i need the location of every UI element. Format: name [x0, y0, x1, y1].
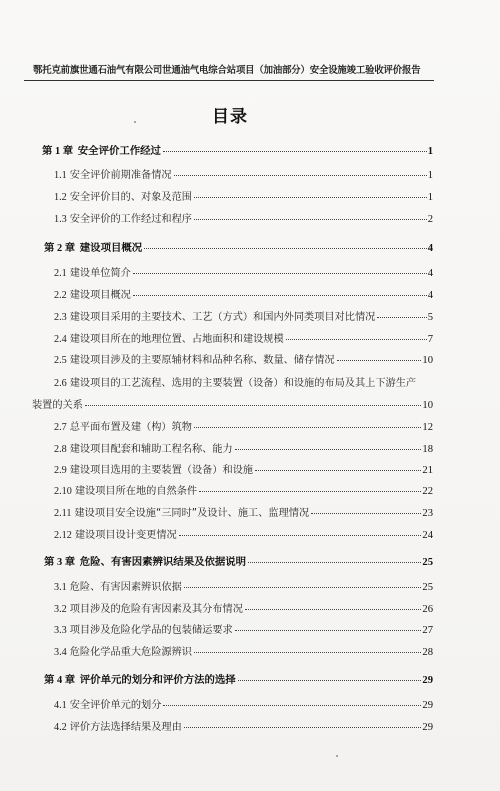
toc-entry-label: 1.1安全评价前期准备情况	[54, 168, 172, 184]
toc-entry-title: 建设项目的工艺流程、选用的主要装置（设备）和设施的布局及其上下游生产	[70, 378, 416, 389]
toc-entry-2-10[interactable]: 2.10建设项目所在地的自然条件 22	[54, 484, 433, 500]
toc-entry-title: 建设项目选用的主要装置（设备）和设施	[70, 465, 253, 476]
toc-entry-page: 18	[422, 442, 433, 458]
running-header: 鄂托克前旗世通石油气有限公司世通油气电综合站项目（加油部分）安全设施竣工验收评价…	[33, 62, 433, 76]
toc-entry-3-1[interactable]: 3.1危险、有害因素辨识依据 25	[54, 580, 433, 596]
dot-leader	[163, 151, 427, 152]
toc-entry-label: 2.4建设项目所在的地理位置、占地面积和建设规模	[54, 332, 284, 348]
toc-entry-title-continued: 装置的关系	[32, 398, 83, 414]
toc-entry-page: 4	[428, 266, 433, 282]
toc-entry-number: 3.3	[54, 625, 67, 636]
toc-entry-2-9[interactable]: 2.9建设项目选用的主要装置（设备）和设施 21	[54, 463, 433, 479]
toc-entry-number: 2.2	[54, 290, 67, 301]
toc-entry-page: 10	[422, 398, 433, 414]
dot-leader	[311, 513, 421, 514]
toc-entry-title: 建设项目设计变更情况	[75, 530, 177, 541]
toc-entry-2-5[interactable]: 2.5建设项目涉及的主要原辅材料和品种名称、数量、储存情况 10	[54, 353, 433, 369]
dot-leader	[194, 652, 421, 653]
toc-entry-number: 2.3	[54, 312, 67, 323]
toc-entry-3-2[interactable]: 3.2项目涉及的危险有害因素及其分布情况 26	[54, 602, 433, 618]
toc-entry-title: 危险、有害因素辨识依据	[70, 582, 182, 593]
toc-entry-page: 4	[428, 288, 433, 304]
toc-entry-label: 2.11建设项目安全设施“三同时”及设计、施工、监理情况	[54, 506, 309, 522]
toc-entry-label: 3.4危险化学品重大危险源辨识	[54, 645, 192, 661]
toc-entry-1-2[interactable]: 1.2安全评价目的、对象及范围 1	[54, 190, 433, 206]
toc-entry-number: 第 3 章	[44, 557, 75, 568]
toc-entry-title: 安全评价工作经过	[78, 145, 161, 157]
toc-entry-chapter-2[interactable]: 第 2 章 建设项目概况 4	[44, 240, 433, 256]
dot-leader	[174, 175, 427, 176]
dot-leader	[184, 587, 422, 588]
toc-entry-page: 1	[428, 168, 433, 184]
toc-entry-number: 2.10	[54, 486, 72, 497]
toc-entry-number: 4.1	[54, 700, 67, 711]
dot-leader	[144, 248, 427, 249]
toc-entry-number: 2.4	[54, 334, 67, 345]
toc-entry-title: 建设项目概况	[70, 290, 131, 301]
toc-entry-title: 建设项目配套和辅助工程名称、能力	[70, 444, 233, 455]
dot-leader	[245, 609, 421, 610]
toc-entry-2-6-continued[interactable]: 装置的关系 10	[32, 398, 433, 414]
dot-leader	[194, 219, 427, 220]
toc-entry-page: 22	[422, 484, 433, 500]
toc-entry-page: 23	[422, 506, 433, 522]
toc-entry-4-2[interactable]: 4.2评价方法选择结果及理由 29	[54, 720, 433, 736]
toc-entry-3-4[interactable]: 3.4危险化学品重大危险源辨识 28	[54, 645, 433, 661]
toc-entry-2-6[interactable]: 2.6建设项目的工艺流程、选用的主要装置（设备）和设施的布局及其上下游生产	[54, 376, 436, 392]
toc-entry-label: 2.8建设项目配套和辅助工程名称、能力	[54, 442, 233, 458]
toc-entry-title: 总平面布置及建（构）筑物	[70, 422, 192, 433]
toc-entry-page: 26	[422, 602, 433, 618]
toc-entry-chapter-4[interactable]: 第 4 章 评价单元的划分和评价方法的选择 29	[44, 672, 433, 688]
toc-entry-label: 第 4 章 评价单元的划分和评价方法的选择	[44, 672, 236, 689]
document-page: 鄂托克前旗世通石油气有限公司世通油气电综合站项目（加油部分）安全设施竣工验收评价…	[0, 0, 500, 791]
toc-entry-page: 2	[428, 212, 433, 228]
toc-entry-page: 29	[422, 698, 433, 714]
toc-entry-label: 2.7总平面布置及建（构）筑物	[54, 420, 192, 436]
toc-entry-label: 3.1危险、有害因素辨识依据	[54, 580, 182, 596]
toc-entry-number: 第 1 章	[42, 146, 73, 157]
toc-entry-2-1[interactable]: 2.1建设单位简介 4	[54, 266, 433, 282]
toc-entry-4-1[interactable]: 4.1安全评价单元的划分 29	[54, 698, 433, 714]
toc-entry-page: 1	[428, 144, 433, 160]
toc-entry-page: 12	[422, 420, 433, 436]
toc-entry-1-3[interactable]: 1.3安全评价的工作经过和程序 2	[54, 212, 433, 228]
dot-leader	[286, 339, 427, 340]
dot-leader	[248, 562, 421, 563]
header-divider	[24, 80, 434, 81]
toc-entry-title: 建设项目所在的地理位置、占地面积和建设规模	[70, 334, 284, 345]
toc-entry-chapter-3[interactable]: 第 3 章 危险、有害因素辨识结果及依据说明 25	[44, 554, 433, 570]
toc-entry-number: 3.1	[54, 582, 67, 593]
toc-entry-2-3[interactable]: 2.3建设项目采用的主要技术、工艺（方式）和国内外同类项目对比情况 5	[54, 310, 433, 326]
dot-leader	[85, 405, 421, 406]
toc-entry-label: 第 3 章 危险、有害因素辨识结果及依据说明	[44, 554, 246, 571]
toc-entry-label: 2.1建设单位简介	[54, 266, 131, 282]
toc-entry-title: 评价方法选择结果及理由	[70, 722, 182, 733]
toc-entry-number: 3.2	[54, 604, 67, 615]
toc-entry-label: 2.5建设项目涉及的主要原辅材料和品种名称、数量、储存情况	[54, 353, 335, 369]
toc-entry-title: 安全评价前期准备情况	[70, 170, 172, 181]
dot-leader	[184, 727, 422, 728]
toc-entry-page: 27	[422, 623, 433, 639]
toc-entry-label: 3.3项目涉及危险化学品的包装储运要求	[54, 623, 233, 639]
toc-entry-label: 4.2评价方法选择结果及理由	[54, 720, 182, 736]
toc-entry-title: 项目涉及的危险有害因素及其分布情况	[70, 604, 243, 615]
toc-entry-label: 1.2安全评价目的、对象及范围	[54, 190, 192, 206]
dot-leader	[133, 295, 427, 296]
toc-entry-number: 1.2	[54, 192, 67, 203]
toc-entry-title: 安全评价的工作经过和程序	[70, 214, 192, 225]
scan-speck	[336, 755, 338, 757]
scan-speck	[134, 121, 136, 123]
toc-entry-label: 2.12建设项目设计变更情况	[54, 528, 177, 544]
toc-entry-number: 2.9	[54, 465, 67, 476]
toc-entry-title: 建设项目概况	[80, 242, 142, 254]
toc-entry-2-8[interactable]: 2.8建设项目配套和辅助工程名称、能力 18	[54, 442, 433, 458]
toc-entry-label: 2.9建设项目选用的主要装置（设备）和设施	[54, 463, 253, 479]
toc-entry-page: 24	[422, 528, 433, 544]
toc-entry-number: 1.3	[54, 214, 67, 225]
toc-entry-number: 2.6	[54, 378, 67, 389]
toc-entry-label: 1.3安全评价的工作经过和程序	[54, 212, 192, 228]
toc-entry-2-4[interactable]: 2.4建设项目所在的地理位置、占地面积和建设规模 7	[54, 332, 433, 348]
toc-entry-title: 建设项目涉及的主要原辅材料和品种名称、数量、储存情况	[70, 355, 335, 366]
toc-entry-page: 25	[422, 580, 433, 596]
toc-entry-number: 第 2 章	[44, 243, 75, 254]
toc-entry-label: 第 2 章 建设项目概况	[44, 240, 142, 257]
dot-leader	[199, 491, 421, 492]
toc-entry-page: 1	[428, 190, 433, 206]
toc-entry-title: 建设项目安全设施“三同时”及设计、施工、监理情况	[74, 508, 309, 519]
toc-entry-number: 2.1	[54, 268, 67, 279]
toc-entry-title: 建设项目采用的主要技术、工艺（方式）和国内外同类项目对比情况	[70, 312, 376, 323]
toc-entry-page: 7	[428, 332, 433, 348]
toc-entry-2-12[interactable]: 2.12建设项目设计变更情况 24	[54, 528, 433, 544]
toc-entry-title: 评价单元的划分和评价方法的选择	[80, 674, 236, 686]
toc-entry-label: 2.10建设项目所在地的自然条件	[54, 484, 197, 500]
dot-leader	[337, 360, 422, 361]
toc-entry-title: 建设项目所在地的自然条件	[75, 486, 197, 497]
toc-entry-label: 2.2建设项目概况	[54, 288, 131, 304]
toc-entry-title: 建设单位简介	[70, 268, 131, 279]
toc-entry-page: 21	[422, 463, 433, 479]
dot-leader	[238, 680, 422, 681]
dot-leader	[179, 535, 422, 536]
toc-entry-page: 4	[428, 241, 433, 257]
toc-title: 目录	[0, 102, 460, 127]
toc-entry-3-3[interactable]: 3.3项目涉及危险化学品的包装储运要求 27	[54, 623, 433, 639]
toc-entry-page: 28	[422, 645, 433, 661]
toc-entry-number: 2.8	[54, 444, 67, 455]
toc-entry-chapter-1[interactable]: 第 1 章 安全评价工作经过 1	[42, 143, 433, 159]
toc-entry-title: 项目涉及危险化学品的包装储运要求	[70, 625, 233, 636]
toc-entry-title: 危险、有害因素辨识结果及依据说明	[80, 556, 246, 568]
toc-entry-number: 2.5	[54, 355, 67, 366]
toc-entry-label: 2.6建设项目的工艺流程、选用的主要装置（设备）和设施的布局及其上下游生产	[54, 376, 416, 392]
toc-entry-number: 1.1	[54, 170, 67, 181]
dot-leader	[235, 630, 422, 631]
toc-entry-page: 29	[422, 673, 433, 689]
toc-entry-label: 2.3建设项目采用的主要技术、工艺（方式）和国内外同类项目对比情况	[54, 310, 375, 326]
toc-entry-number: 2.12	[54, 530, 72, 541]
toc-entry-number: 4.2	[54, 722, 67, 733]
toc-entry-1-1[interactable]: 1.1安全评价前期准备情况 1	[54, 168, 433, 184]
toc-entry-2-11[interactable]: 2.11建设项目安全设施“三同时”及设计、施工、监理情况 23	[54, 506, 433, 522]
toc-entry-number: 第 4 章	[44, 675, 75, 686]
toc-entry-page: 29	[422, 720, 433, 736]
dot-leader	[377, 317, 426, 318]
toc-entry-page: 25	[422, 555, 433, 571]
toc-entry-page: 5	[428, 310, 433, 326]
dot-leader	[163, 705, 421, 706]
toc-entry-2-2[interactable]: 2.2建设项目概况 4	[54, 288, 433, 304]
toc-entry-label: 第 1 章 安全评价工作经过	[42, 143, 161, 160]
dot-leader	[235, 449, 422, 450]
dot-leader	[133, 273, 427, 274]
dot-leader	[194, 197, 427, 198]
dot-leader	[255, 470, 421, 471]
toc-entry-title: 安全评价目的、对象及范围	[70, 192, 192, 203]
toc-entry-number: 2.11	[54, 508, 71, 519]
toc-entry-title: 危险化学品重大危险源辨识	[70, 647, 192, 658]
toc-entry-page: 10	[422, 353, 433, 369]
toc-entry-number: 2.7	[54, 422, 67, 433]
toc-entry-number: 3.4	[54, 647, 67, 658]
dot-leader	[194, 427, 421, 428]
toc-entry-label: 4.1安全评价单元的划分	[54, 698, 161, 714]
toc-entry-2-7[interactable]: 2.7总平面布置及建（构）筑物 12	[54, 420, 433, 436]
toc-entry-label: 3.2项目涉及的危险有害因素及其分布情况	[54, 602, 243, 618]
toc-entry-title: 安全评价单元的划分	[70, 700, 162, 711]
